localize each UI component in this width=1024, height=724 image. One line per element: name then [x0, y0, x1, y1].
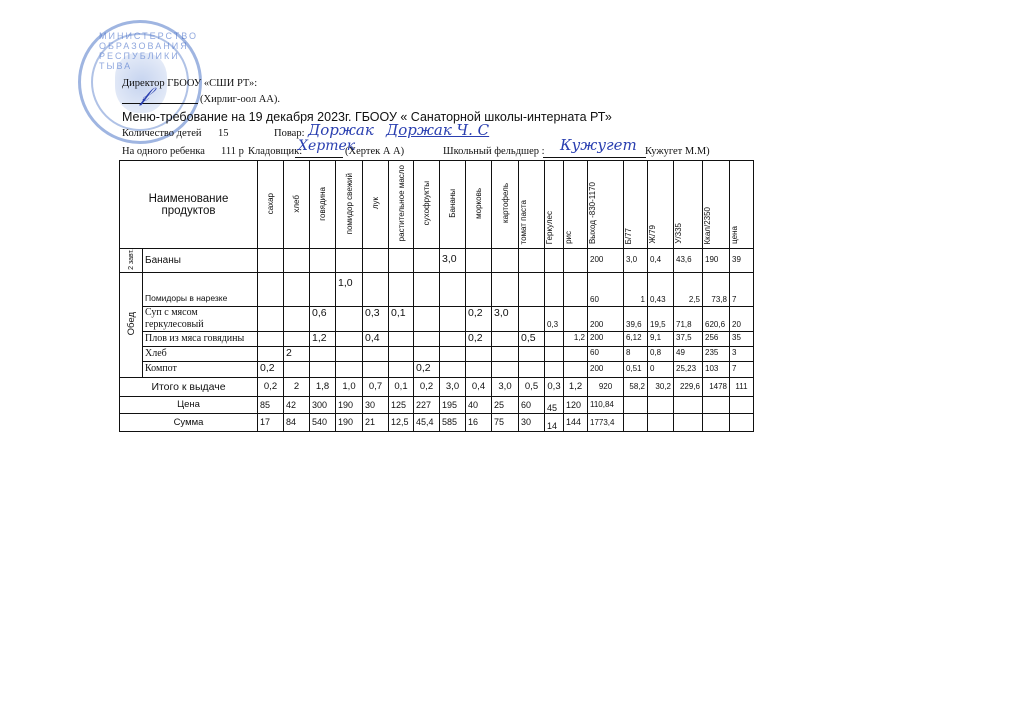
quantity-cell [564, 272, 588, 306]
price-row-cell [730, 396, 754, 413]
quantity-cell [363, 272, 389, 306]
sum-row-cell: 14 [545, 413, 564, 431]
totals-row-label: Итого к выдаче [120, 377, 258, 396]
medic-signature-line [543, 157, 646, 158]
quantity-cell [258, 306, 284, 331]
quantity-cell [492, 346, 519, 361]
quantity-cell: 0,2 [258, 361, 284, 377]
totals-row-cell: 30,2 [648, 377, 674, 396]
price-row: Цена85423001903012522719540256045120110,… [120, 396, 754, 413]
quantity-cell [545, 272, 564, 306]
product-name: Компот [143, 361, 258, 377]
price-row-cell: 190 [336, 396, 363, 413]
quantity-cell [440, 346, 466, 361]
sum-row-cell: 1773,4 [588, 413, 624, 431]
price-row-cell: 300 [310, 396, 336, 413]
quantity-cell: 1 [624, 272, 648, 306]
sum-row-cell [674, 413, 703, 431]
quantity-cell [258, 249, 284, 273]
quantity-cell [492, 272, 519, 306]
quantity-cell [363, 249, 389, 273]
totals-row: Итого к выдаче0,221,81,00,70,10,23,00,43… [120, 377, 754, 396]
quantity-cell [440, 361, 466, 377]
quantity-cell [492, 331, 519, 346]
quantity-cell: 0,43 [648, 272, 674, 306]
quantity-cell: 39,6 [624, 306, 648, 331]
quantity-cell: 43,6 [674, 249, 703, 273]
column-header-label: Ккал/2350 [703, 207, 712, 244]
totals-row-cell: 0,5 [519, 377, 545, 396]
column-header-label: говядина [318, 187, 327, 221]
quantity-cell [519, 306, 545, 331]
quantity-cell: 0,5 [519, 331, 545, 346]
sum-row-cell: 75 [492, 413, 519, 431]
quantity-cell [414, 346, 440, 361]
quantity-cell [466, 346, 492, 361]
column-header: морковь [466, 161, 492, 249]
sum-row-label: Сумма [120, 413, 258, 431]
column-header: сухофрукты [414, 161, 440, 249]
quantity-cell [389, 361, 414, 377]
quantity-cell: 1,2 [564, 331, 588, 346]
sum-row-cell: 30 [519, 413, 545, 431]
column-header-label: Геркулес [545, 211, 554, 244]
price-row-cell: 120 [564, 396, 588, 413]
quantity-cell [284, 306, 310, 331]
medic-name: Кужугет М.М) [645, 146, 710, 157]
meal-label: Обед [127, 312, 136, 335]
quantity-cell: 2 [284, 346, 310, 361]
column-header: растительное масло [389, 161, 414, 249]
quantity-cell: 0,8 [648, 346, 674, 361]
table-header-row: Наименование продуктовсахархлебговядинап… [120, 161, 754, 249]
quantity-cell [466, 272, 492, 306]
product-name: Суп с мясом геркулесовый [143, 306, 258, 331]
quantity-cell [336, 306, 363, 331]
sum-row-cell [703, 413, 730, 431]
column-header-label: морковь [474, 188, 483, 219]
product-name: Помидоры в нарезке [143, 272, 258, 306]
quantity-cell [545, 331, 564, 346]
quantity-cell: 1,0 [336, 272, 363, 306]
table-row: ОбедПомидоры в нарезке1,06010,432,573,87 [120, 272, 754, 306]
column-header: хлеб [284, 161, 310, 249]
quantity-cell: 1,2 [310, 331, 336, 346]
quantity-cell [336, 361, 363, 377]
quantity-cell [310, 346, 336, 361]
quantity-cell: 2,5 [674, 272, 703, 306]
quantity-cell: 103 [703, 361, 730, 377]
director-signature: 𝒻 [140, 82, 149, 106]
meal-label: 2 завт. [127, 249, 136, 270]
cook-name: Доржак Ч. С [386, 121, 489, 139]
price-row-label: Цена [120, 396, 258, 413]
quantity-cell: 20 [730, 306, 754, 331]
sum-row-cell [624, 413, 648, 431]
quantity-cell: 8 [624, 346, 648, 361]
price-row-cell: 195 [440, 396, 466, 413]
quantity-cell [389, 249, 414, 273]
totals-row-cell: 58,2 [624, 377, 648, 396]
per-child-label: На одного ребенка [122, 146, 205, 157]
quantity-cell: 6,12 [624, 331, 648, 346]
quantity-cell: 200 [588, 361, 624, 377]
totals-row-cell: 0,1 [389, 377, 414, 396]
quantity-cell: 0,4 [648, 249, 674, 273]
quantity-cell: 3,0 [440, 249, 466, 273]
quantity-cell [519, 361, 545, 377]
column-header-label: рис [564, 231, 573, 244]
product-name: Бананы [143, 249, 258, 273]
storekeeper-name: (Хертек А А) [345, 146, 404, 157]
column-header-label: хлеб [292, 195, 301, 213]
children-label: Количество детей [122, 128, 202, 139]
price-row-cell: 40 [466, 396, 492, 413]
quantity-cell [440, 272, 466, 306]
quantity-cell [564, 361, 588, 377]
stamp-text: МИНИСТЕРСТВО ОБРАЗОВАНИЯ РЕСПУБЛИКИ ТЫВА [99, 31, 199, 71]
quantity-cell: 3,0 [492, 306, 519, 331]
quantity-cell [258, 331, 284, 346]
table-row: Хлеб26080,8492353 [120, 346, 754, 361]
quantity-cell [545, 361, 564, 377]
quantity-cell [414, 331, 440, 346]
totals-row-cell: 920 [588, 377, 624, 396]
column-header-label: цена [730, 226, 739, 244]
sum-row-cell: 21 [363, 413, 389, 431]
price-row-cell [624, 396, 648, 413]
column-header-label: томат паста [519, 200, 528, 245]
quantity-cell [310, 272, 336, 306]
quantity-cell: 256 [703, 331, 730, 346]
sum-row-cell: 540 [310, 413, 336, 431]
quantity-cell: 190 [703, 249, 730, 273]
sum-row-cell: 17 [258, 413, 284, 431]
quantity-cell [466, 361, 492, 377]
quantity-cell: 49 [674, 346, 703, 361]
column-header-label: сухофрукты [422, 181, 431, 225]
quantity-cell [440, 306, 466, 331]
column-header: Ж/79 [648, 161, 674, 249]
column-header: картофель [492, 161, 519, 249]
column-header-label: У/335 [674, 223, 683, 244]
quantity-cell [519, 249, 545, 273]
quantity-cell [440, 331, 466, 346]
quantity-cell [310, 361, 336, 377]
quantity-cell: 60 [588, 272, 624, 306]
quantity-cell [414, 249, 440, 273]
quantity-cell [564, 346, 588, 361]
quantity-cell: 0 [648, 361, 674, 377]
meal-label-cell: 2 завт. [120, 249, 143, 273]
totals-row-cell: 0,2 [414, 377, 440, 396]
product-name: Хлеб [143, 346, 258, 361]
totals-row-cell: 0,7 [363, 377, 389, 396]
quantity-cell: 620,6 [703, 306, 730, 331]
quantity-cell: 60 [588, 346, 624, 361]
column-header-product-name: Наименование продуктов [120, 161, 258, 249]
column-header: Б/77 [624, 161, 648, 249]
sum-row-cell [648, 413, 674, 431]
quantity-cell: 73,8 [703, 272, 730, 306]
totals-row-cell: 1,8 [310, 377, 336, 396]
quantity-cell [336, 331, 363, 346]
quantity-cell: 7 [730, 272, 754, 306]
quantity-cell [545, 346, 564, 361]
quantity-cell [284, 331, 310, 346]
quantity-cell [414, 272, 440, 306]
quantity-cell [519, 272, 545, 306]
quantity-cell: 25,23 [674, 361, 703, 377]
totals-row-cell: 0,2 [258, 377, 284, 396]
totals-row-cell: 1,0 [336, 377, 363, 396]
totals-row-cell: 0,4 [466, 377, 492, 396]
price-row-cell: 110,84 [588, 396, 624, 413]
quantity-cell [363, 361, 389, 377]
table-row: Компот0,20,22000,51025,231037 [120, 361, 754, 377]
table-row: 2 завт.Бананы3,02003,00,443,619039 [120, 249, 754, 273]
quantity-cell: 200 [588, 331, 624, 346]
quantity-cell [258, 346, 284, 361]
quantity-cell: 3 [730, 346, 754, 361]
quantity-cell [414, 306, 440, 331]
column-header-label: сахар [266, 193, 275, 214]
quantity-cell: 0,2 [466, 331, 492, 346]
quantity-cell: 0,51 [624, 361, 648, 377]
quantity-cell: 71,8 [674, 306, 703, 331]
column-header: лук [363, 161, 389, 249]
quantity-cell: 200 [588, 306, 624, 331]
quantity-cell: 0,3 [545, 306, 564, 331]
sum-row-cell: 45,4 [414, 413, 440, 431]
totals-row-cell: 1,2 [564, 377, 588, 396]
quantity-cell [336, 346, 363, 361]
director-name: (Хирлиг-оол АА). [200, 94, 280, 105]
column-header-label: помидор свежий [345, 173, 354, 234]
quantity-cell: 37,5 [674, 331, 703, 346]
quantity-cell [389, 346, 414, 361]
quantity-cell [466, 249, 492, 273]
column-header: цена [730, 161, 754, 249]
totals-row-cell: 111 [730, 377, 754, 396]
column-header-label: растительное масло [397, 165, 406, 241]
quantity-cell [389, 272, 414, 306]
price-row-cell [648, 396, 674, 413]
column-header: томат паста [519, 161, 545, 249]
quantity-cell: 200 [588, 249, 624, 273]
column-header-label: Б/77 [624, 228, 633, 244]
quantity-cell [545, 249, 564, 273]
quantity-cell [336, 249, 363, 273]
quantity-cell [284, 272, 310, 306]
quantity-cell [492, 249, 519, 273]
quantity-cell [564, 249, 588, 273]
price-row-cell: 45 [545, 396, 564, 413]
sum-row-cell: 12,5 [389, 413, 414, 431]
quantity-cell: 0,3 [363, 306, 389, 331]
quantity-cell: 0,1 [389, 306, 414, 331]
column-header: рис [564, 161, 588, 249]
price-row-cell: 30 [363, 396, 389, 413]
quantity-cell [492, 361, 519, 377]
column-header: Бананы [440, 161, 466, 249]
sum-row-cell: 84 [284, 413, 310, 431]
storekeeper-signature-line [295, 157, 343, 158]
director-signature-line [122, 103, 198, 104]
quantity-cell [310, 249, 336, 273]
quantity-cell [258, 272, 284, 306]
quantity-cell: 3,0 [624, 249, 648, 273]
sum-row-cell: 585 [440, 413, 466, 431]
table-row: Плов из мяса говядины1,20,40,20,51,22006… [120, 331, 754, 346]
column-header: Геркулес [545, 161, 564, 249]
price-row-cell: 42 [284, 396, 310, 413]
medic-signature: Кужугет [560, 136, 637, 154]
column-header: говядина [310, 161, 336, 249]
quantity-cell: 39 [730, 249, 754, 273]
column-header-label: Бананы [448, 189, 457, 218]
totals-row-cell: 0,3 [545, 377, 564, 396]
cook-signature: Доржак [308, 121, 374, 139]
totals-row-cell: 229,6 [674, 377, 703, 396]
meal-label-cell: Обед [120, 272, 143, 377]
column-header-label: Ж/79 [648, 225, 657, 244]
totals-row-cell: 1478 [703, 377, 730, 396]
totals-row-cell: 3,0 [492, 377, 519, 396]
quantity-cell [363, 346, 389, 361]
medic-label: Школьный фельдшер : [443, 146, 545, 157]
price-row-cell: 25 [492, 396, 519, 413]
quantity-cell [284, 361, 310, 377]
column-header: помидор свежий [336, 161, 363, 249]
column-header: У/335 [674, 161, 703, 249]
price-row-cell: 60 [519, 396, 545, 413]
quantity-cell: 0,6 [310, 306, 336, 331]
column-header: Ккал/2350 [703, 161, 730, 249]
table-row: Суп с мясом геркулесовый0,60,30,10,23,00… [120, 306, 754, 331]
menu-requirement-table: Наименование продуктовсахархлебговядинап… [119, 160, 754, 432]
sum-row: Сумма17845401902112,545,4585167530141441… [120, 413, 754, 431]
column-header: Выход -830-1170 [588, 161, 624, 249]
quantity-cell [389, 331, 414, 346]
price-row-cell: 85 [258, 396, 284, 413]
quantity-cell: 0,4 [363, 331, 389, 346]
quantity-cell: 9,1 [648, 331, 674, 346]
column-header-label: Выход -830-1170 [588, 182, 597, 244]
product-name: Плов из мяса говядины [143, 331, 258, 346]
quantity-cell [564, 306, 588, 331]
sum-row-cell: 190 [336, 413, 363, 431]
price-row-cell: 227 [414, 396, 440, 413]
quantity-cell [519, 346, 545, 361]
quantity-cell: 19,5 [648, 306, 674, 331]
column-header: сахар [258, 161, 284, 249]
price-row-cell [703, 396, 730, 413]
quantity-cell: 7 [730, 361, 754, 377]
price-row-cell: 125 [389, 396, 414, 413]
quantity-cell: 235 [703, 346, 730, 361]
totals-row-cell: 2 [284, 377, 310, 396]
totals-row-cell: 3,0 [440, 377, 466, 396]
quantity-cell: 0,2 [466, 306, 492, 331]
sum-row-cell: 16 [466, 413, 492, 431]
quantity-cell: 0,2 [414, 361, 440, 377]
quantity-cell [284, 249, 310, 273]
per-child-value: 111 р [221, 146, 244, 157]
quantity-cell: 35 [730, 331, 754, 346]
price-row-cell [674, 396, 703, 413]
sum-row-cell: 144 [564, 413, 588, 431]
column-header-label: картофель [501, 183, 510, 223]
storekeeper-label: Кладовщик: [248, 146, 302, 157]
sum-row-cell [730, 413, 754, 431]
column-header-label: лук [371, 197, 380, 209]
children-count: 15 [218, 128, 229, 139]
